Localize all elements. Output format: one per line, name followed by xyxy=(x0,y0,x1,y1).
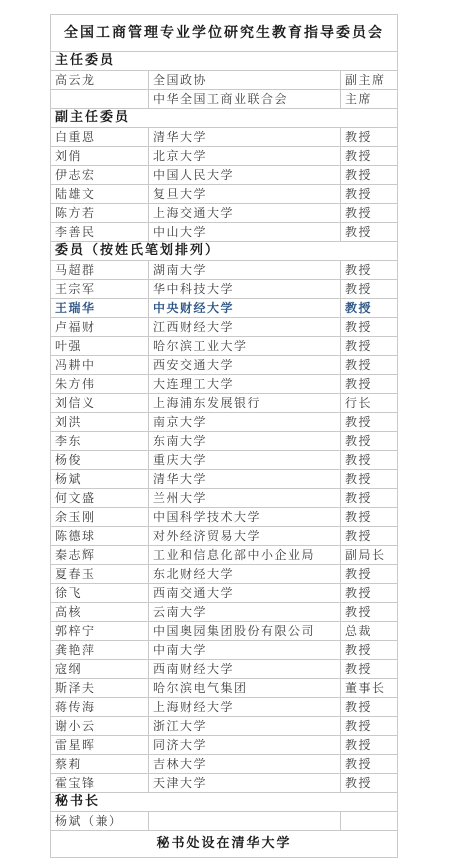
member-row: 谢小云 浙江大学 教授 xyxy=(51,717,398,736)
member-position: 教授 xyxy=(341,736,398,755)
member-row: 雷星晖 同济大学 教授 xyxy=(51,736,398,755)
member-organization: 复旦大学 xyxy=(149,185,341,204)
member-row: 李东 东南大学 教授 xyxy=(51,432,398,451)
member-row: 斯泽夫 哈尔滨电气集团 董事长 xyxy=(51,679,398,698)
member-name: 冯耕中 xyxy=(51,356,149,375)
member-organization: 江西财经大学 xyxy=(149,318,341,337)
member-position xyxy=(341,812,398,831)
member-organization: 对外经济贸易大学 xyxy=(149,527,341,546)
member-position: 教授 xyxy=(341,375,398,394)
member-name: 陈德球 xyxy=(51,527,149,546)
member-row: 杨斌（兼） xyxy=(51,812,398,831)
section-header-row: 委员（按姓氏笔划排列） xyxy=(51,242,398,261)
member-name: 何文盛 xyxy=(51,489,149,508)
member-row: 蔡莉 吉林大学 教授 xyxy=(51,755,398,774)
member-position: 副主席 xyxy=(341,71,398,90)
member-name: 杨斌（兼） xyxy=(51,812,149,831)
member-name: 陈方若 xyxy=(51,204,149,223)
member-name: 雷星晖 xyxy=(51,736,149,755)
member-position: 主席 xyxy=(341,90,398,109)
member-organization: 工业和信息化部中小企业局 xyxy=(149,546,341,565)
member-row: 中华全国工商业联合会 主席 xyxy=(51,90,398,109)
member-name: 余玉刚 xyxy=(51,508,149,527)
member-position: 教授 xyxy=(341,755,398,774)
member-organization: 重庆大学 xyxy=(149,451,341,470)
member-position: 教授 xyxy=(341,432,398,451)
section-header-label: 副主任委员 xyxy=(51,109,398,128)
member-name: 刘俏 xyxy=(51,147,149,166)
secretariat-note: 秘书处设在清华大学 xyxy=(51,831,398,858)
member-organization: 中国奥园集团股份有限公司 xyxy=(149,622,341,641)
member-organization: 西南交通大学 xyxy=(149,584,341,603)
member-organization: 东南大学 xyxy=(149,432,341,451)
member-row: 霍宝锋 天津大学 教授 xyxy=(51,774,398,793)
member-row: 卢福财 江西财经大学 教授 xyxy=(51,318,398,337)
member-organization: 中南大学 xyxy=(149,641,341,660)
member-position: 教授 xyxy=(341,470,398,489)
member-row: 陆雄文 复旦大学 教授 xyxy=(51,185,398,204)
member-name: 马超群 xyxy=(51,261,149,280)
member-name: 蒋传海 xyxy=(51,698,149,717)
member-position: 教授 xyxy=(341,318,398,337)
member-organization: 西安交通大学 xyxy=(149,356,341,375)
member-organization: 同济大学 xyxy=(149,736,341,755)
member-name: 叶强 xyxy=(51,337,149,356)
member-name: 杨斌 xyxy=(51,470,149,489)
member-row: 高云龙 全国政协 副主席 xyxy=(51,71,398,90)
member-organization: 天津大学 xyxy=(149,774,341,793)
member-organization: 清华大学 xyxy=(149,128,341,147)
member-position: 教授 xyxy=(341,774,398,793)
member-row: 陈德球 对外经济贸易大学 教授 xyxy=(51,527,398,546)
member-organization: 浙江大学 xyxy=(149,717,341,736)
member-name: 寇纲 xyxy=(51,660,149,679)
member-position: 教授 xyxy=(341,451,398,470)
member-position: 教授 xyxy=(341,603,398,622)
member-organization: 西南财经大学 xyxy=(149,660,341,679)
table-body: 全国工商管理专业学位研究生教育指导委员会 主任委员 高云龙 全国政协 副主席 中… xyxy=(51,15,398,858)
member-row: 伊志宏 中国人民大学 教授 xyxy=(51,166,398,185)
member-row: 蒋传海 上海财经大学 教授 xyxy=(51,698,398,717)
member-row: 徐飞 西南交通大学 教授 xyxy=(51,584,398,603)
section-header-label: 主任委员 xyxy=(51,52,398,71)
member-row: 刘信义 上海浦东发展银行 行长 xyxy=(51,394,398,413)
member-organization: 东北财经大学 xyxy=(149,565,341,584)
member-position: 教授 xyxy=(341,280,398,299)
member-name: 王宗军 xyxy=(51,280,149,299)
member-organization: 北京大学 xyxy=(149,147,341,166)
member-organization: 湖南大学 xyxy=(149,261,341,280)
member-row: 冯耕中 西安交通大学 教授 xyxy=(51,356,398,375)
member-name: 谢小云 xyxy=(51,717,149,736)
member-position: 教授 xyxy=(341,147,398,166)
member-name: 郭梓宁 xyxy=(51,622,149,641)
member-position: 教授 xyxy=(341,299,398,318)
member-row: 秦志辉 工业和信息化部中小企业局 副局长 xyxy=(51,546,398,565)
member-position: 教授 xyxy=(341,337,398,356)
member-row: 寇纲 西南财经大学 教授 xyxy=(51,660,398,679)
member-name: 秦志辉 xyxy=(51,546,149,565)
member-position: 教授 xyxy=(341,565,398,584)
member-position: 行长 xyxy=(341,394,398,413)
member-organization: 中国人民大学 xyxy=(149,166,341,185)
member-row: 李善民 中山大学 教授 xyxy=(51,223,398,242)
member-position: 董事长 xyxy=(341,679,398,698)
member-position: 教授 xyxy=(341,641,398,660)
member-organization: 哈尔滨工业大学 xyxy=(149,337,341,356)
member-row: 高核 云南大学 教授 xyxy=(51,603,398,622)
member-position: 教授 xyxy=(341,185,398,204)
member-name: 李善民 xyxy=(51,223,149,242)
member-position: 教授 xyxy=(341,166,398,185)
member-row: 郭梓宁 中国奥园集团股份有限公司 总裁 xyxy=(51,622,398,641)
title-row: 全国工商管理专业学位研究生教育指导委员会 xyxy=(51,15,398,52)
member-row: 陈方若 上海交通大学 教授 xyxy=(51,204,398,223)
member-organization: 上海浦东发展银行 xyxy=(149,394,341,413)
member-organization: 南京大学 xyxy=(149,413,341,432)
member-organization: 兰州大学 xyxy=(149,489,341,508)
member-name: 朱方伟 xyxy=(51,375,149,394)
member-position: 教授 xyxy=(341,204,398,223)
section-header-label: 委员（按姓氏笔划排列） xyxy=(51,242,398,261)
committee-table-wrapper: 全国工商管理专业学位研究生教育指导委员会 主任委员 高云龙 全国政协 副主席 中… xyxy=(50,0,397,858)
member-organization: 中华全国工商业联合会 xyxy=(149,90,341,109)
member-name: 夏春玉 xyxy=(51,565,149,584)
member-name: 高云龙 xyxy=(51,71,149,90)
member-organization: 吉林大学 xyxy=(149,755,341,774)
member-row: 王瑞华 中央财经大学 教授 xyxy=(51,299,398,318)
member-name: 霍宝锋 xyxy=(51,774,149,793)
section-header-row: 主任委员 xyxy=(51,52,398,71)
member-name: 高核 xyxy=(51,603,149,622)
member-row: 夏春玉 东北财经大学 教授 xyxy=(51,565,398,584)
member-name: 龚艳萍 xyxy=(51,641,149,660)
member-organization: 上海交通大学 xyxy=(149,204,341,223)
member-organization: 中央财经大学 xyxy=(149,299,341,318)
member-organization: 全国政协 xyxy=(149,71,341,90)
member-position: 教授 xyxy=(341,261,398,280)
section-header-row: 秘书长 xyxy=(51,793,398,812)
member-name: 斯泽夫 xyxy=(51,679,149,698)
member-row: 王宗军 华中科技大学 教授 xyxy=(51,280,398,299)
section-header-label: 秘书长 xyxy=(51,793,398,812)
member-name: 刘洪 xyxy=(51,413,149,432)
member-organization: 哈尔滨电气集团 xyxy=(149,679,341,698)
member-organization: 上海财经大学 xyxy=(149,698,341,717)
member-row: 朱方伟 大连理工大学 教授 xyxy=(51,375,398,394)
member-position: 教授 xyxy=(341,128,398,147)
member-row: 杨俊 重庆大学 教授 xyxy=(51,451,398,470)
member-row: 马超群 湖南大学 教授 xyxy=(51,261,398,280)
member-name: 刘信义 xyxy=(51,394,149,413)
member-organization: 中山大学 xyxy=(149,223,341,242)
member-position: 教授 xyxy=(341,584,398,603)
member-row: 叶强 哈尔滨工业大学 教授 xyxy=(51,337,398,356)
committee-table: 全国工商管理专业学位研究生教育指导委员会 主任委员 高云龙 全国政协 副主席 中… xyxy=(50,14,398,858)
footer-row: 秘书处设在清华大学 xyxy=(51,831,398,858)
member-name: 伊志宏 xyxy=(51,166,149,185)
member-position: 总裁 xyxy=(341,622,398,641)
member-name: 陆雄文 xyxy=(51,185,149,204)
member-name: 王瑞华 xyxy=(51,299,149,318)
member-row: 白重恩 清华大学 教授 xyxy=(51,128,398,147)
member-position: 教授 xyxy=(341,698,398,717)
section-header-row: 副主任委员 xyxy=(51,109,398,128)
member-row: 龚艳萍 中南大学 教授 xyxy=(51,641,398,660)
member-name: 白重恩 xyxy=(51,128,149,147)
member-position: 副局长 xyxy=(341,546,398,565)
page-title: 全国工商管理专业学位研究生教育指导委员会 xyxy=(51,15,398,52)
member-name: 徐飞 xyxy=(51,584,149,603)
member-row: 余玉刚 中国科学技术大学 教授 xyxy=(51,508,398,527)
member-organization: 大连理工大学 xyxy=(149,375,341,394)
member-row: 杨斌 清华大学 教授 xyxy=(51,470,398,489)
member-position: 教授 xyxy=(341,717,398,736)
member-position: 教授 xyxy=(341,223,398,242)
member-name: 杨俊 xyxy=(51,451,149,470)
member-organization xyxy=(149,812,341,831)
member-name: 李东 xyxy=(51,432,149,451)
member-position: 教授 xyxy=(341,489,398,508)
member-position: 教授 xyxy=(341,356,398,375)
member-organization: 云南大学 xyxy=(149,603,341,622)
member-position: 教授 xyxy=(341,508,398,527)
member-row: 何文盛 兰州大学 教授 xyxy=(51,489,398,508)
member-organization: 清华大学 xyxy=(149,470,341,489)
member-position: 教授 xyxy=(341,527,398,546)
member-name: 蔡莉 xyxy=(51,755,149,774)
member-row: 刘俏 北京大学 教授 xyxy=(51,147,398,166)
member-name xyxy=(51,90,149,109)
member-row: 刘洪 南京大学 教授 xyxy=(51,413,398,432)
member-position: 教授 xyxy=(341,660,398,679)
member-name: 卢福财 xyxy=(51,318,149,337)
member-position: 教授 xyxy=(341,413,398,432)
member-organization: 华中科技大学 xyxy=(149,280,341,299)
member-organization: 中国科学技术大学 xyxy=(149,508,341,527)
